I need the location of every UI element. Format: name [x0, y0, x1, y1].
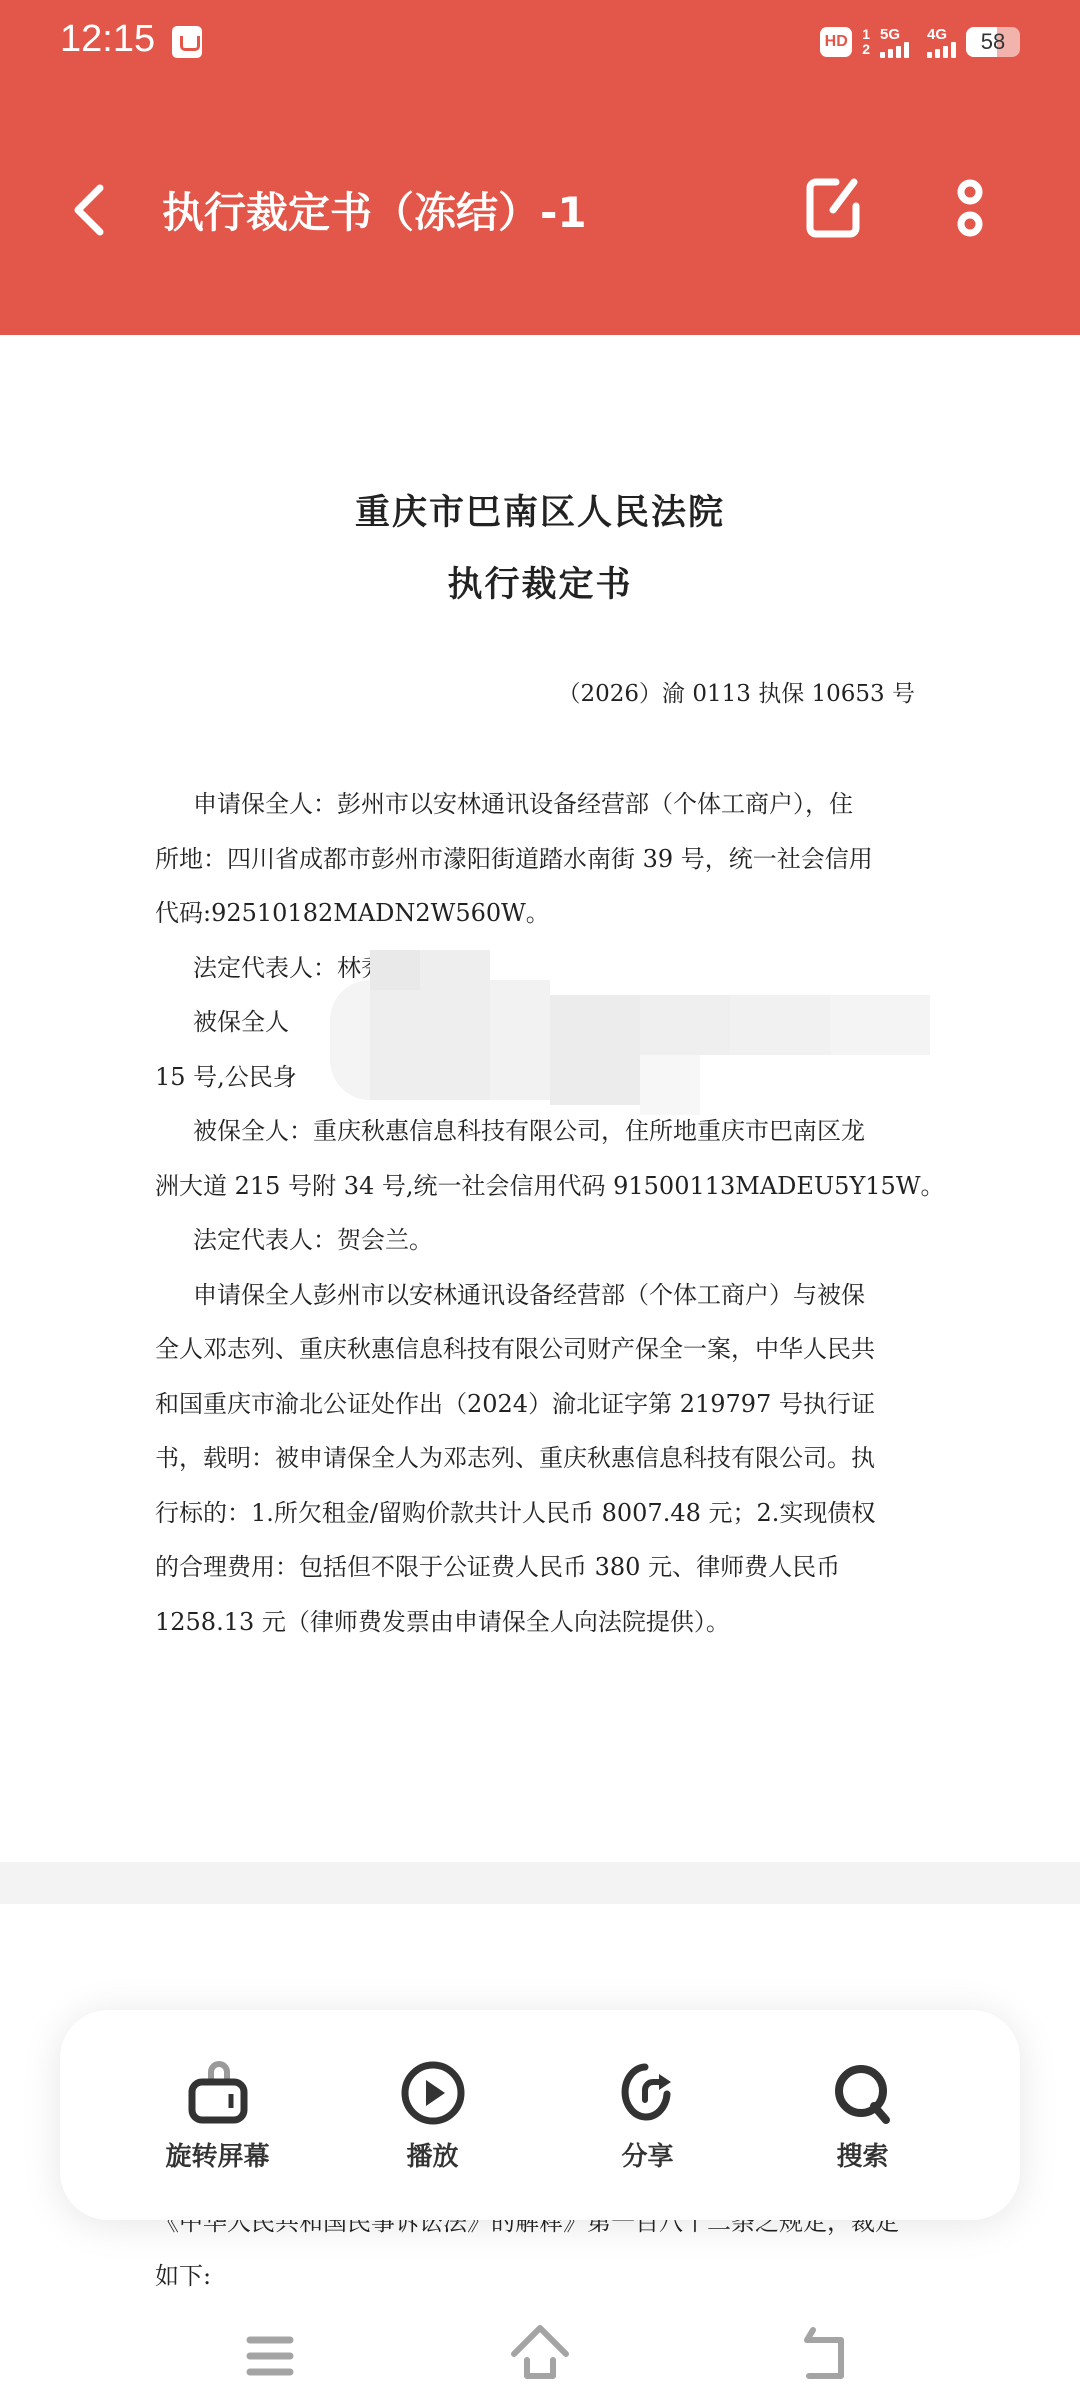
signal-4g-icon: 4G	[927, 27, 956, 58]
play-button[interactable]: 播放	[348, 2010, 518, 2220]
document-line: 代码:92510182MADN2W560W。	[155, 886, 920, 941]
rotate-screen-button[interactable]: 旋转屏幕	[133, 2010, 303, 2220]
back-button[interactable]	[62, 170, 122, 250]
recent-apps-button[interactable]	[230, 2320, 310, 2390]
document-line: 行标的：1.所欠租金/留购价款共计人民币 8007.48 元；2.实现债权	[155, 1486, 920, 1541]
play-icon	[398, 2058, 468, 2128]
rotate-lock-icon	[183, 2058, 253, 2128]
system-nav-bar	[0, 2290, 1080, 2408]
page-separator	[0, 1862, 1080, 1904]
status-bar: 12:15 HD 1 2 5G 4G 58	[0, 0, 1080, 90]
page-title: 执行裁定书（冻结）-1	[162, 180, 587, 240]
home-icon	[500, 2320, 580, 2390]
app-bar: 12:15 HD 1 2 5G 4G 58	[0, 0, 1080, 335]
rotate-screen-label: 旋转屏幕	[165, 2136, 269, 2173]
document-type: 执行裁定书	[0, 557, 1080, 607]
share-button[interactable]: 分享	[563, 2010, 733, 2220]
sim-indicator: 1 2	[862, 27, 870, 57]
document-line: 和国重庆市渝北公证处作出（2024）渝北证字第 219797 号执行证	[155, 1377, 920, 1432]
battery-level: 58	[966, 27, 1020, 57]
more-vertical-icon	[940, 168, 1000, 248]
document-body: 申请保全人：彭州市以安林通讯设备经营部（个体工商户），住 所地：四川省成都市彭州…	[155, 777, 920, 1649]
home-button[interactable]	[500, 2320, 580, 2390]
document-line: 法定代表人：贺会兰。	[155, 1213, 920, 1268]
document-page: 重庆市巴南区人民法院 执行裁定书 （2026）渝 0113 执保 10653 号…	[0, 335, 1080, 1862]
share-label: 分享	[621, 2136, 673, 2173]
toolbar: 执行裁定书（冻结）-1	[0, 130, 1080, 290]
document-line: 的合理费用：包括但不限于公证费人民币 380 元、律师费人民币	[155, 1540, 920, 1595]
search-button[interactable]: 搜索	[778, 2010, 948, 2220]
more-options-button[interactable]	[940, 168, 1000, 248]
bottom-action-bar: 旋转屏幕 播放 分享 搜索	[60, 2010, 1020, 2220]
battery-icon: 58	[966, 27, 1020, 57]
signal-5g-icon: 5G	[880, 27, 909, 58]
edit-button[interactable]	[800, 168, 870, 248]
share-icon	[613, 2058, 683, 2128]
search-label: 搜索	[836, 2136, 888, 2173]
status-time: 12:15	[60, 18, 155, 61]
court-name: 重庆市巴南区人民法院	[0, 485, 1080, 535]
document-line: 书，载明：被申请保全人为邓志列、重庆秋惠信息科技有限公司。执	[155, 1431, 920, 1486]
document-line: 洲大道 215 号附 34 号,统一社会信用代码 91500113MADEU5Y…	[155, 1159, 920, 1214]
back-nav-button[interactable]	[785, 2320, 865, 2390]
edit-icon	[800, 168, 870, 248]
search-icon	[828, 2058, 898, 2128]
document-line: 申请保全人：彭州市以安林通讯设备经营部（个体工商户），住	[155, 777, 920, 832]
document-line: 如下:	[155, 2256, 211, 2291]
back-arrow-icon	[785, 2320, 865, 2390]
document-line: 所地：四川省成都市彭州市濛阳街道踏水南街 39 号，统一社会信用	[155, 832, 920, 887]
document-line: 1258.13 元（律师费发票由申请保全人向法院提供）。	[155, 1595, 920, 1650]
hd-voice-icon: HD	[820, 27, 852, 57]
menu-icon	[230, 2320, 310, 2390]
case-number: （2026）渝 0113 执保 10653 号	[558, 675, 915, 708]
redaction-mosaic	[330, 950, 930, 1130]
status-icons: HD 1 2 5G 4G 58	[820, 22, 1020, 62]
play-label: 播放	[406, 2136, 458, 2173]
document-line: 申请保全人彭州市以安林通讯设备经营部（个体工商户）与被保	[155, 1268, 920, 1323]
notification-icon	[172, 26, 202, 58]
chevron-left-icon	[62, 170, 122, 250]
document-line: 全人邓志列、重庆秋惠信息科技有限公司财产保全一案，中华人民共	[155, 1322, 920, 1377]
